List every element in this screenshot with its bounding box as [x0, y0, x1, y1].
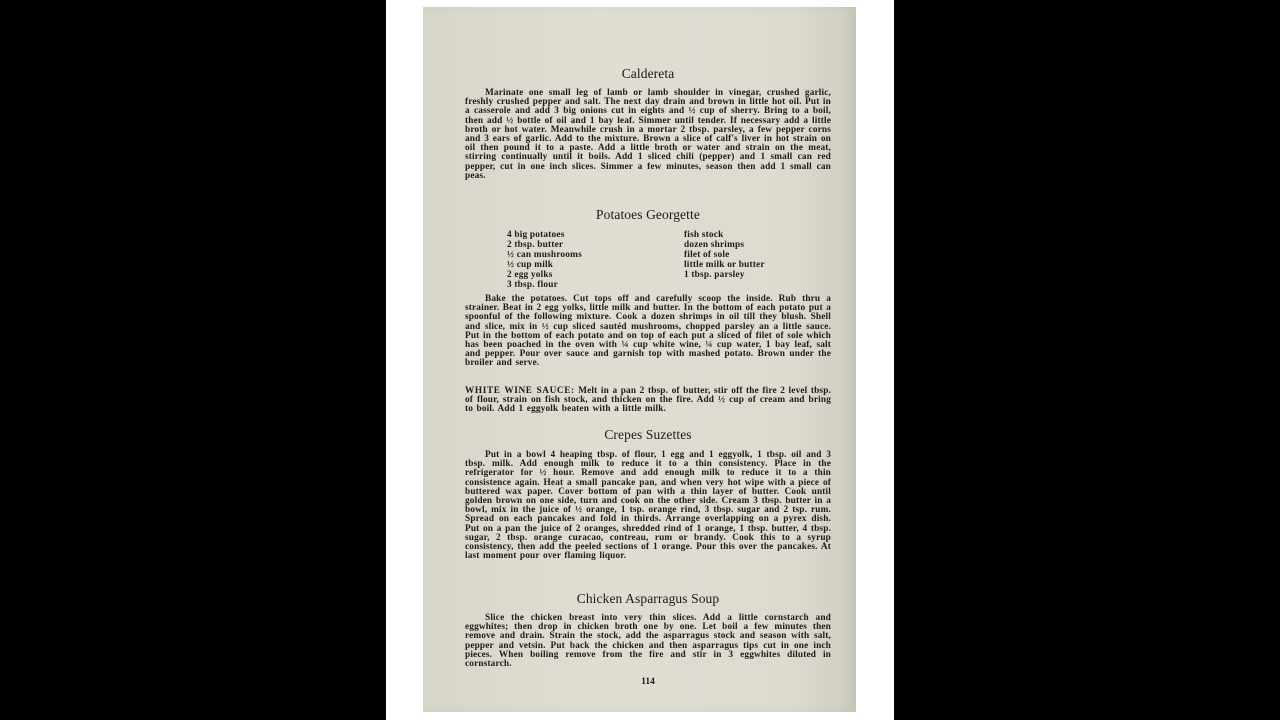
recipe-body-potatoes-georgette: Bake the potatoes. Cut tops off and care…: [465, 295, 831, 369]
ingredient-item: filet of sole: [684, 250, 765, 260]
white-wine-sauce: WHITE WINE SAUCE: Melt in a pan 2 tbsp. …: [465, 387, 831, 415]
ingredient-item: 1 tbsp. parsley: [684, 270, 765, 280]
ingredient-column-left: 4 big potatoes 2 tbsp. butter ½ can mush…: [507, 230, 582, 290]
ingredient-item: fish stock: [684, 230, 765, 240]
recipe-title-caldereta: Caldereta: [465, 66, 831, 82]
recipe-body-crepes-suzettes: Put in a bowl 4 heaping tbsp. of flour, …: [465, 451, 831, 561]
ingredient-list: 4 big potatoes 2 tbsp. butter ½ can mush…: [465, 230, 831, 290]
ingredient-column-right: fish stock dozen shrimps filet of sole l…: [684, 230, 765, 280]
ingredient-item: 4 big potatoes: [507, 230, 582, 240]
recipe-title-crepes-suzettes: Crepes Suzettes: [465, 427, 831, 443]
recipe-body-caldereta: Marinate one small leg of lamb or lamb s…: [465, 89, 831, 181]
ingredient-item: 2 tbsp. butter: [507, 240, 582, 250]
recipe-title-chicken-asparragus-soup: Chicken Asparragus Soup: [465, 591, 831, 607]
ingredient-item: ½ can mushrooms: [507, 250, 582, 260]
ingredient-item: 2 egg yolks: [507, 270, 582, 280]
recipe-body-chicken-asparragus-soup: Slice the chicken breast into very thin …: [465, 614, 831, 669]
ingredient-item: ½ cup milk: [507, 260, 582, 270]
ingredient-item: dozen shrimps: [684, 240, 765, 250]
ingredient-item: 3 tbsp. flour: [507, 280, 582, 290]
ingredient-item: little milk or butter: [684, 260, 765, 270]
recipe-title-potatoes-georgette: Potatoes Georgette: [465, 207, 831, 223]
page-number: 114: [465, 677, 831, 687]
